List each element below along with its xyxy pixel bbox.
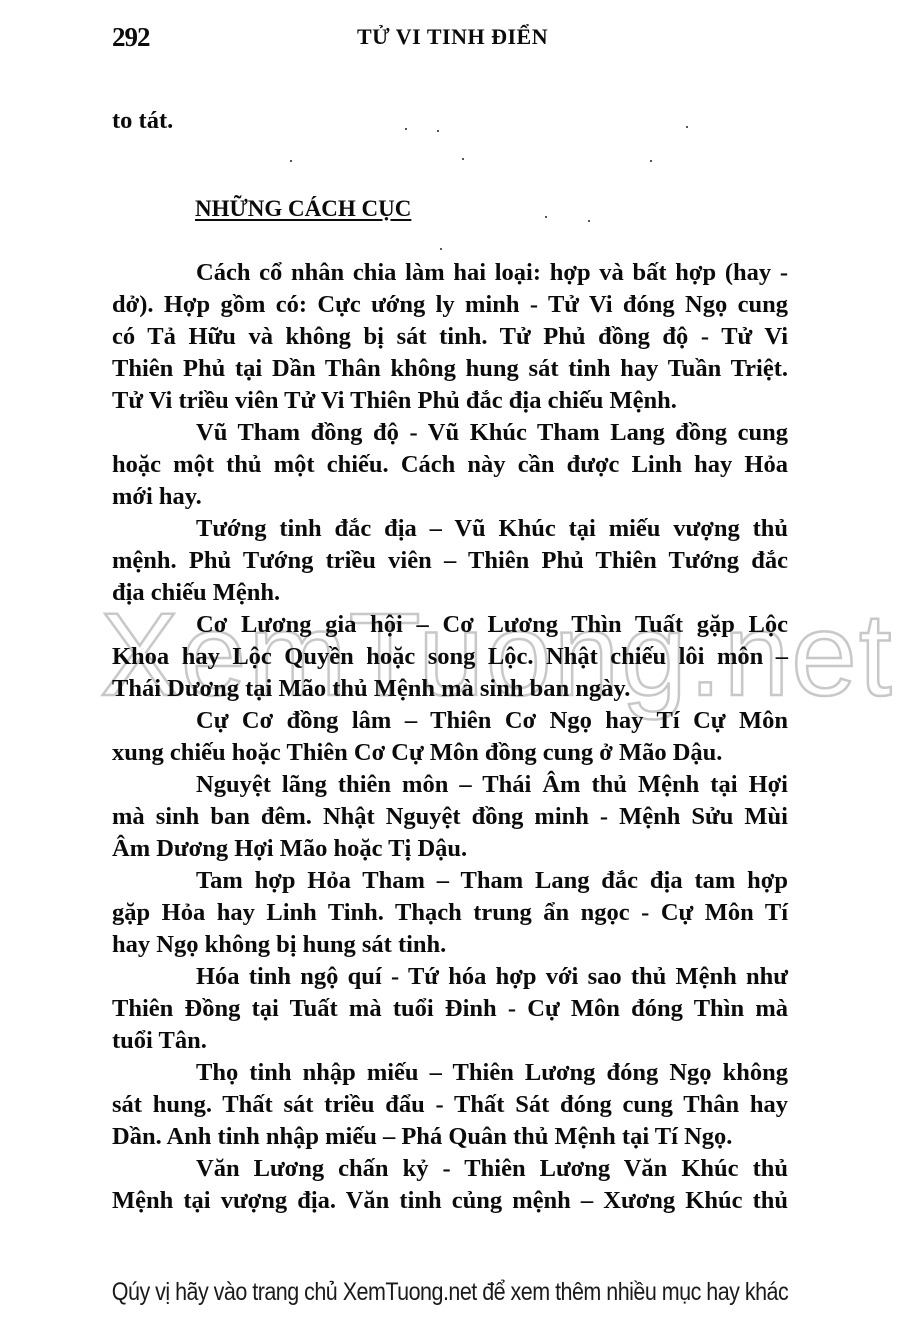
footer-promo-text: Qúy vị hãy vào trang chủ XemTuong.net để… [63, 1278, 837, 1307]
text-line: Tướng tinh đắc địa – Vũ Khúc tại miếu vư… [112, 513, 788, 545]
text-line: Thọ tinh nhập miếu – Thiên Lương đóng Ng… [112, 1057, 788, 1089]
text-line: sát hung. Thất sát triều đẩu - Thất Sát … [112, 1089, 788, 1121]
text-line: dở). Hợp gồm có: Cực ướng ly minh - Tử V… [112, 289, 788, 321]
text-line: hay Ngọ không bị hung sát tinh. [112, 929, 788, 961]
scan-speck [686, 126, 688, 128]
page-header: 292 TỬ VI TINH ĐIỂN [112, 20, 792, 60]
text-line: xung chiếu hoặc Thiên Cơ Cự Môn đồng cun… [112, 737, 788, 769]
section-body: Cách cổ nhân chia làm hai loại: hợp và b… [112, 257, 788, 1217]
text-line: địa chiếu Mệnh. [112, 577, 788, 609]
text-line: hoặc một thủ một chiếu. Cách này cần đượ… [112, 449, 788, 481]
text-line: Tử Vi triều viên Tử Vi Thiên Phủ đắc địa… [112, 385, 788, 417]
scan-speck [650, 160, 652, 162]
scan-speck [440, 248, 442, 250]
text-line: mà sinh ban đêm. Nhật Nguyệt đồng minh -… [112, 801, 788, 833]
text-line: mới hay. [112, 481, 788, 513]
intro-line: to tát. [112, 105, 788, 137]
page-number: 292 [112, 22, 150, 53]
section-heading: NHỮNG CÁCH CỤC [195, 196, 411, 222]
text-line: Mệnh tại vượng địa. Văn tinh củng mệnh –… [112, 1185, 788, 1217]
text-line: Dần. Anh tinh nhập miếu – Phá Quân thủ M… [112, 1121, 788, 1153]
scan-speck [290, 160, 292, 162]
text-line: Nguyệt lãng thiên môn – Thái Âm thủ Mệnh… [112, 769, 788, 801]
text-line: mệnh. Phủ Tướng triều viên – Thiên Phủ T… [112, 545, 788, 577]
scan-speck [588, 220, 590, 222]
scan-speck [545, 216, 547, 218]
text-line: Thái Dương tại Mão thủ Mệnh mà sinh ban … [112, 673, 788, 705]
text-line: gặp Hỏa hay Linh Tinh. Thạch trung ẩn ng… [112, 897, 788, 929]
scan-speck [405, 128, 407, 130]
text-line: Vũ Tham đồng độ - Vũ Khúc Tham Lang đồng… [112, 417, 788, 449]
text-line: Cơ Lương gia hội – Cơ Lương Thìn Tuất gặ… [112, 609, 788, 641]
text-line: Tam hợp Hỏa Tham – Tham Lang đắc địa tam… [112, 865, 788, 897]
text-line: Văn Lương chấn kỷ - Thiên Lương Văn Khúc… [112, 1153, 788, 1185]
scan-speck [437, 130, 439, 132]
text-line: Hóa tinh ngộ quí - Tứ hóa hợp với sao th… [112, 961, 788, 993]
text-line: Âm Dương Hợi Mão hoặc Tị Dậu. [112, 833, 788, 865]
text-line: Cự Cơ đồng lâm – Thiên Cơ Ngọ hay Tí Cự … [112, 705, 788, 737]
text-line: Cách cổ nhân chia làm hai loại: hợp và b… [112, 257, 788, 289]
text-line: Khoa hay Lộc Quyền hoặc song Lộc. Nhật c… [112, 641, 788, 673]
text-line: có Tả Hữu và không bị sát tinh. Tử Phủ đ… [112, 321, 788, 353]
running-title: TỬ VI TINH ĐIỂN [357, 24, 548, 50]
scan-speck [462, 158, 464, 160]
text-line: Thiên Đồng tại Tuất mà tuổi Đinh - Cự Mô… [112, 993, 788, 1025]
text-line: Thiên Phủ tại Dần Thân không hung sát ti… [112, 353, 788, 385]
text-line: tuổi Tân. [112, 1025, 788, 1057]
intro-text: to tát. [112, 105, 788, 137]
